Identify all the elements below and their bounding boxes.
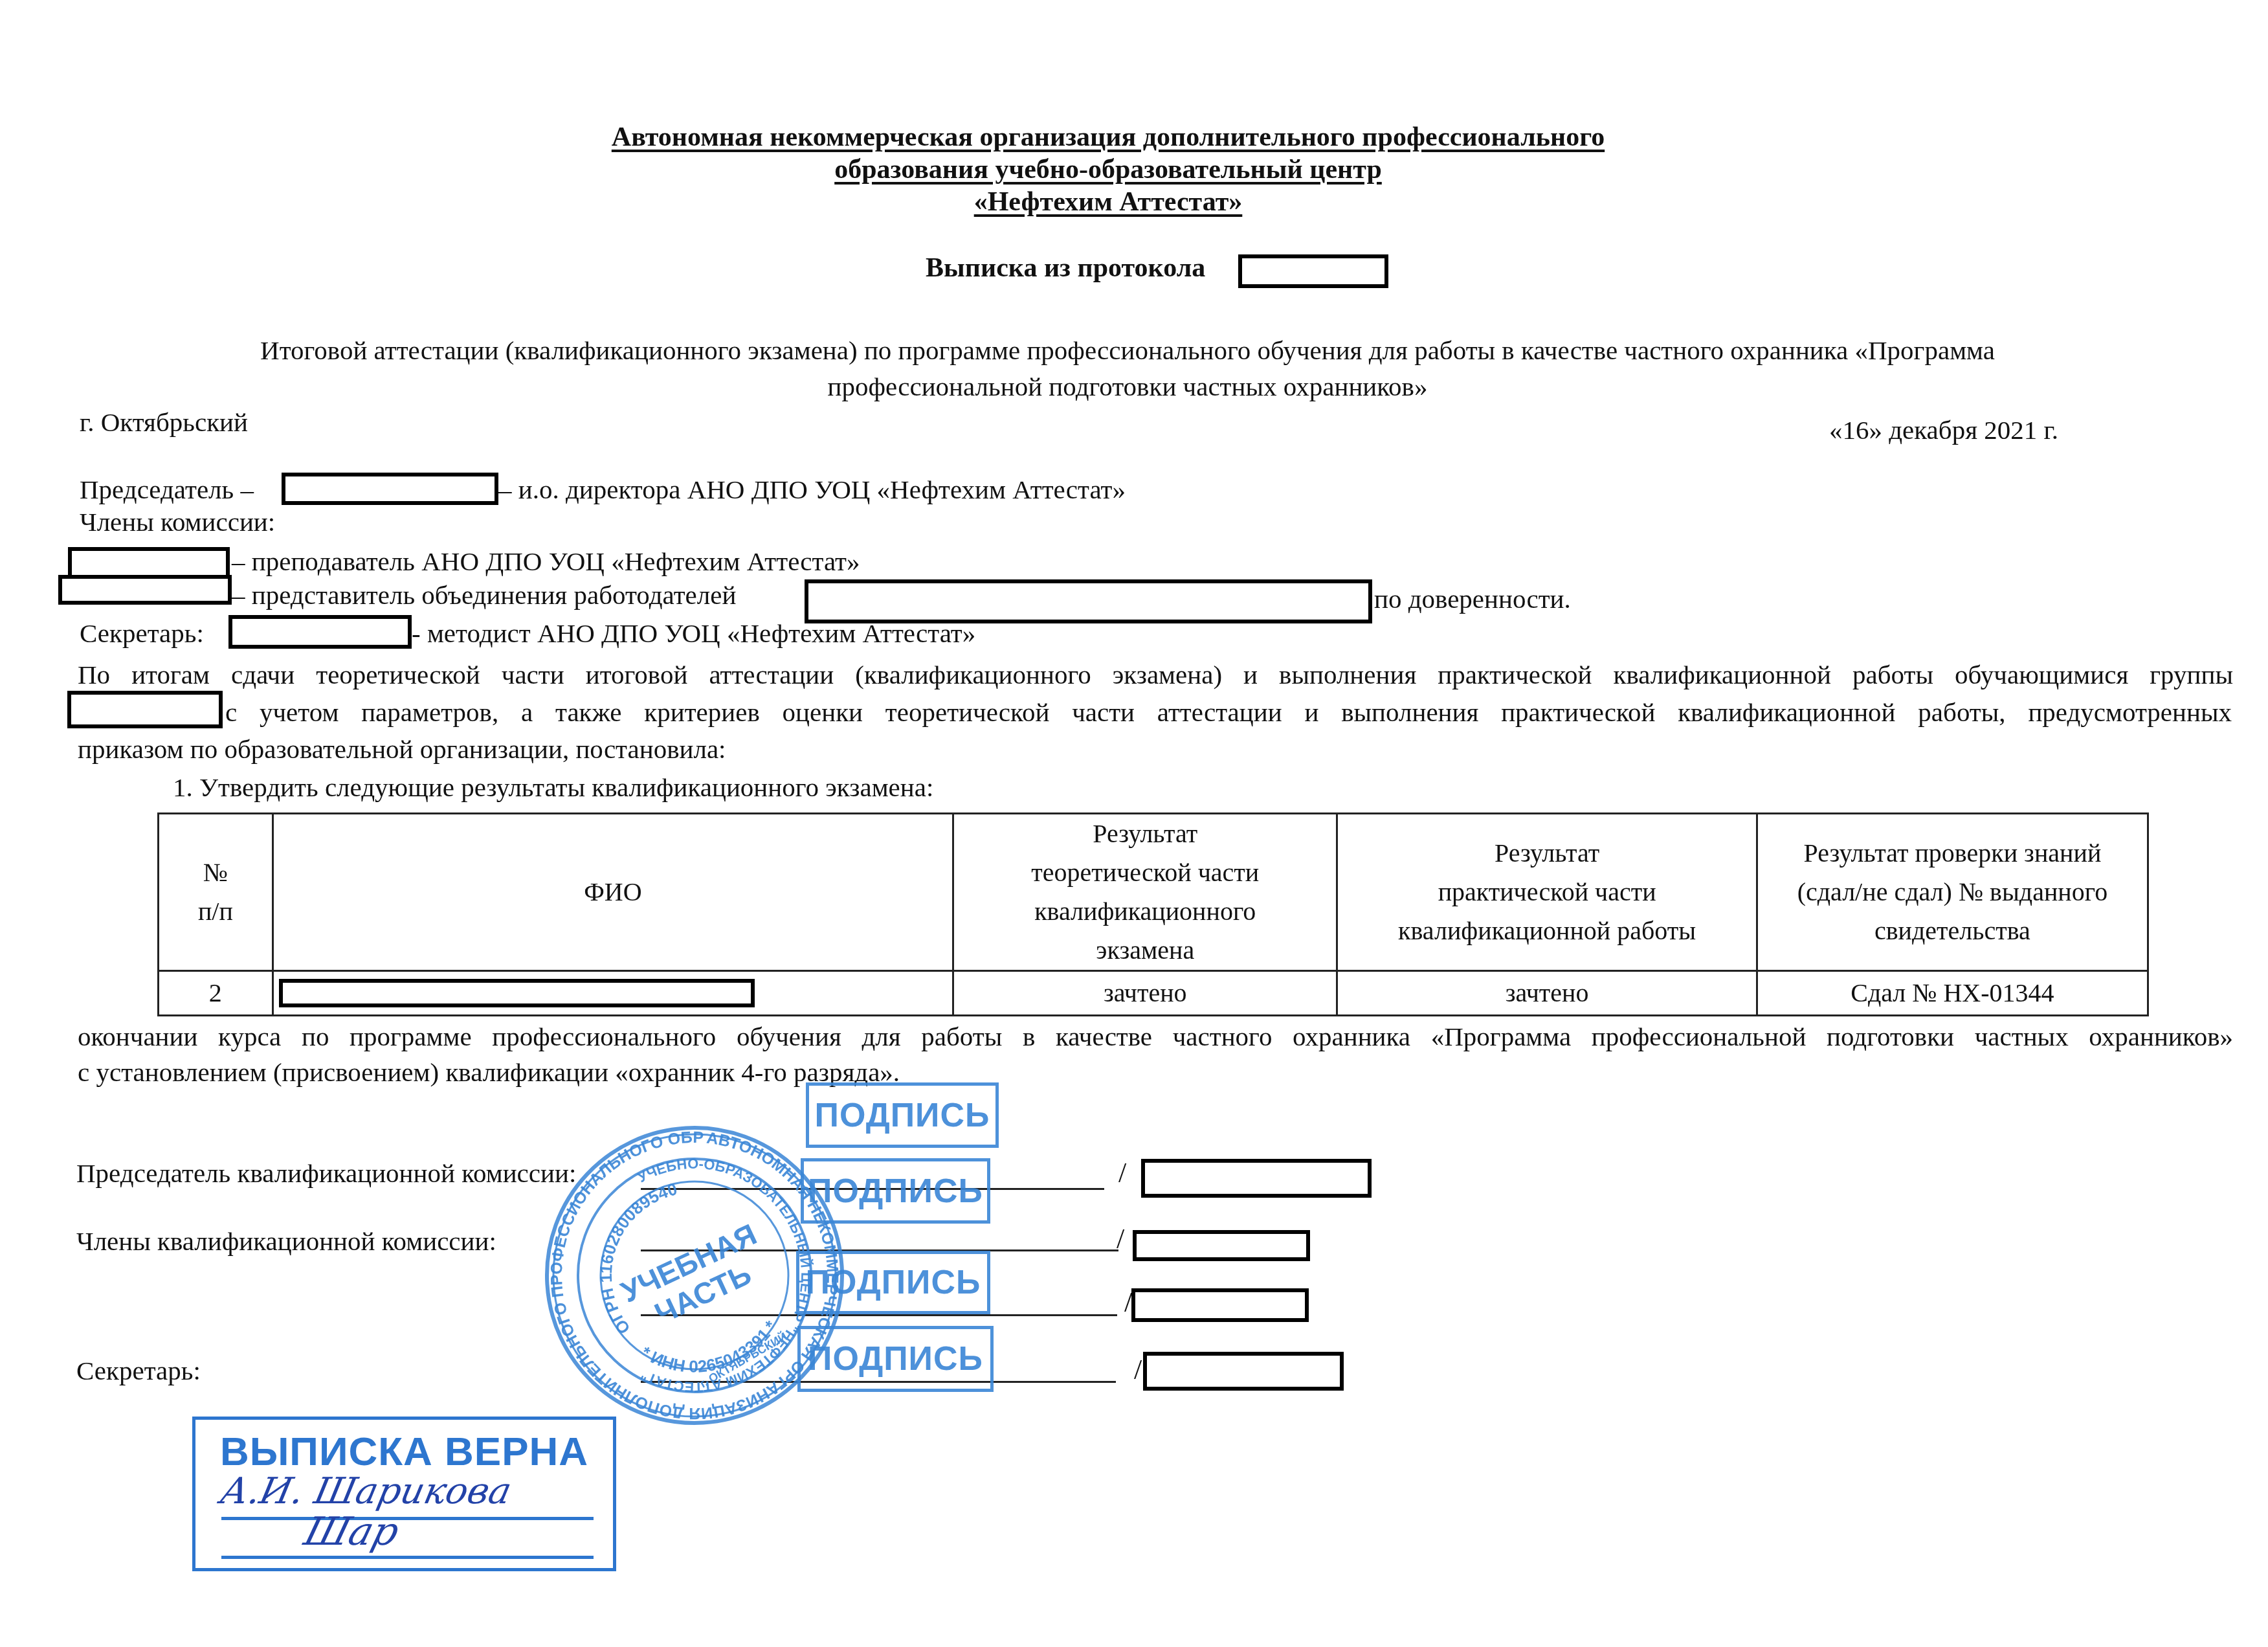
cell-result: Сдал № НХ-01344: [1757, 971, 2148, 1016]
cell-number: 2: [159, 971, 273, 1016]
chair-signature-name-redaction: [1141, 1159, 1372, 1198]
secretary-prefix: Секретарь:: [80, 618, 204, 649]
col-header-number: № п/п: [159, 814, 273, 971]
chair-name-redaction: [282, 473, 498, 505]
subject-line1: Итоговой аттестации (квалификационного э…: [0, 335, 2262, 366]
protocol-number-redaction: [1238, 254, 1388, 288]
conclusion-line2: с установлением (присвоением) квалификац…: [78, 1057, 900, 1088]
chair-role: – и.о. директора АНО ДПО УОЦ «Нефтехим А…: [498, 474, 1126, 505]
conclusion-line1: окончании курса по программе профессиона…: [78, 1021, 2233, 1052]
stamp-underline-2: [221, 1556, 594, 1559]
member1-role: – преподаватель АНО ДПО УОЦ «Нефтехим Ат…: [232, 546, 860, 577]
org-name-line2: образования учебно-образовательный центр: [0, 154, 2242, 185]
student-name-redaction: [279, 979, 755, 1007]
handwritten-name: А.И. Шарикова: [217, 1470, 515, 1512]
secretary-signature-name-redaction: [1143, 1352, 1344, 1391]
table-header-row: № п/п ФИО Результат теоретической части …: [159, 814, 2148, 971]
table-row: 2 зачтено зачтено Сдал № НХ-01344: [159, 971, 2148, 1016]
secretary-name-redaction: [228, 615, 412, 649]
member2-name-redaction: [58, 575, 232, 605]
employer-association-redaction: [805, 579, 1372, 623]
signature-stamp-3: ПОДПИСЬ: [796, 1251, 990, 1314]
member2-signature-name-redaction: [1131, 1288, 1309, 1322]
slash-secretary: /: [1134, 1353, 1142, 1386]
slash-member1: /: [1117, 1222, 1124, 1255]
col-header-fio: ФИО: [272, 814, 953, 971]
body-para-line2: с учетом параметров, а также критериев о…: [225, 697, 2232, 728]
verified-copy-title: ВЫПИСКА ВЕРНА: [195, 1429, 613, 1475]
document-title: Выписка из протокола: [926, 252, 1205, 284]
org-name-line3: «Нефтехим Аттестат»: [0, 186, 2242, 218]
verified-copy-stamp: ВЫПИСКА ВЕРНА А.И. Шарикова Шар: [192, 1417, 616, 1571]
col-header-result: Результат проверки знаний (сдал/не сдал)…: [1757, 814, 2148, 971]
members-label: Члены комиссии:: [80, 506, 275, 537]
cell-theory: зачтено: [953, 971, 1337, 1016]
stamp-underline-1: [221, 1517, 594, 1520]
sig-chair-label: Председатель квалификационной комиссии:: [76, 1158, 576, 1189]
member1-signature-name-redaction: [1133, 1230, 1310, 1261]
subject-line2: профессиональной подготовки частных охра…: [0, 371, 2262, 402]
place: г. Октябрьский: [80, 407, 248, 438]
cell-fio: [272, 971, 953, 1016]
col-header-practice: Результат практической части квалификаци…: [1337, 814, 1757, 971]
secretary-role: - методист АНО ДПО УОЦ «Нефтехим Аттеста…: [412, 618, 975, 649]
body-para-line1: По итогам сдачи теоретической части итог…: [78, 659, 2233, 690]
sig-secretary-label: Секретарь:: [76, 1355, 201, 1386]
results-table: № п/п ФИО Результат теоретической части …: [157, 812, 2149, 1016]
body-para-line3: приказом по образовательной организации,…: [78, 734, 726, 765]
org-name-line1: Автономная некоммерческая организация до…: [0, 122, 2242, 153]
resolution-item-1: 1. Утвердить следующие результаты квалиф…: [173, 772, 933, 803]
sig-members-label: Члены квалификационной комиссии:: [76, 1226, 496, 1257]
date: «16» декабря 2021 г.: [1829, 414, 2058, 445]
group-number-redaction: [67, 691, 223, 728]
chair-prefix: Председатель –: [80, 474, 254, 505]
signature-stamp-1: ПОДПИСЬ: [806, 1082, 999, 1148]
member2-suffix: по доверенности.: [1374, 583, 1571, 614]
signature-stamp-4: ПОДПИСЬ: [797, 1326, 994, 1392]
handwritten-signature: Шар: [300, 1509, 404, 1554]
col-header-theory: Результат теоретической части квалификац…: [953, 814, 1337, 971]
slash-chair: /: [1118, 1156, 1126, 1189]
signature-stamp-2: ПОДПИСЬ: [801, 1158, 990, 1224]
member2-role: – представитель объединения работодателе…: [232, 579, 736, 611]
cell-practice: зачтено: [1337, 971, 1757, 1016]
